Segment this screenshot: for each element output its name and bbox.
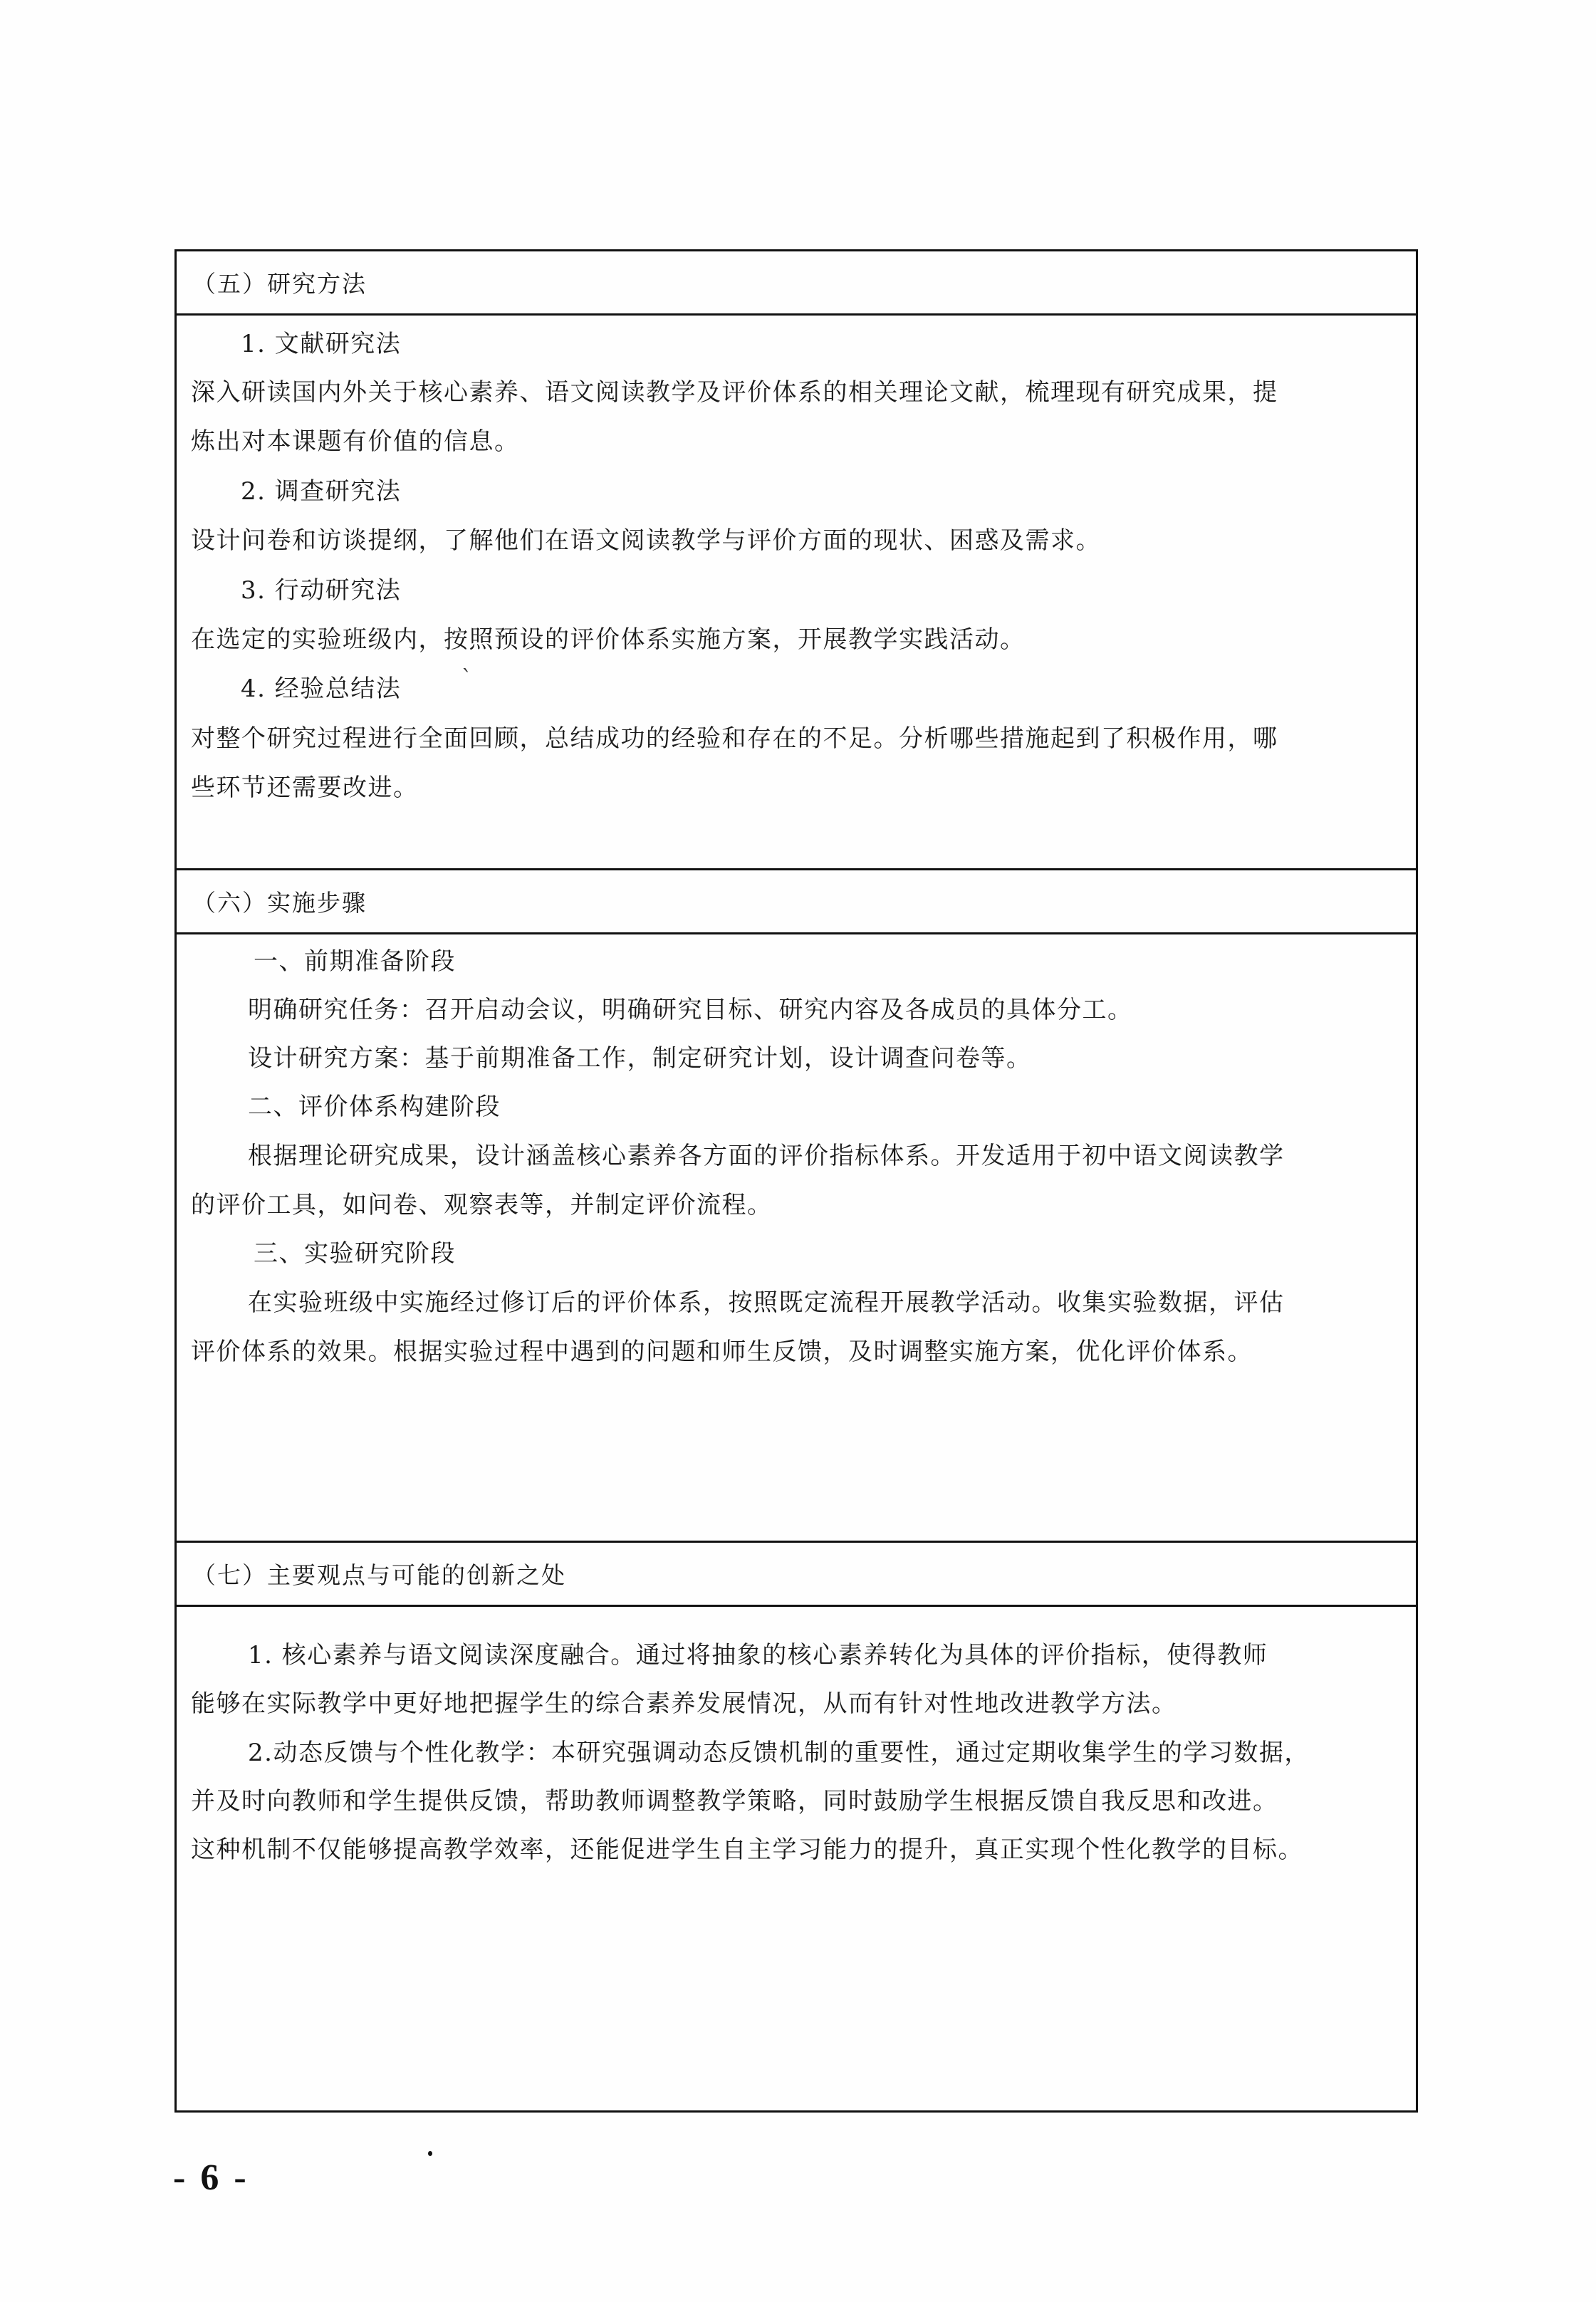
body-line: 的评价工具，如问卷、观察表等，并制定评价流程。 xyxy=(191,1191,1413,1219)
body-line: 设计问卷和访谈提纲，了解他们在语文阅读教学与评价方面的现状、困惑及需求。 xyxy=(191,526,1413,555)
stage-heading-experiment: 三、实验研究阶段 xyxy=(254,1239,1413,1268)
body-line: 深入研读国内外关于核心素养、语文阅读教学及评价体系的相关理论文献，梳理现有研究成… xyxy=(191,378,1413,407)
body-line: 在实验班级中实施经过修订后的评价体系，按照既定流程开展教学活动。收集实验数据，评… xyxy=(248,1288,1413,1317)
method-heading-survey: 2. 调查研究法 xyxy=(241,477,1413,506)
stray-scan-dot xyxy=(428,2151,432,2156)
method-heading-literature: 1. 文献研究法 xyxy=(241,330,1413,358)
section-header-research-methods: （五）研究方法 xyxy=(177,251,1416,316)
body-line: 评价体系的效果。根据实验过程中遇到的问题和师生反馈，及时调整实施方案，优化评价体… xyxy=(191,1338,1413,1366)
body-line: 在选定的实验班级内，按照预设的评价体系实施方案，开展教学实践活动。 xyxy=(191,625,1413,654)
document-page: （五）研究方法 1. 文献研究法 深入研读国内外关于核心素养、语文阅读教学及评价… xyxy=(0,0,1596,2302)
section-title: （六）实施步骤 xyxy=(192,885,367,918)
section-body-implementation-steps: 一、前期准备阶段 明确研究任务：召开启动会议，明确研究目标、研究内容及各成员的具… xyxy=(177,934,1416,1543)
body-line: 这种机制不仅能够提高教学效率，还能促进学生自主学习能力的提升，真正实现个性化教学… xyxy=(191,1835,1413,1864)
stage-heading-preparation: 一、前期准备阶段 xyxy=(254,947,1413,976)
body-line: 能够在实际教学中更好地把握学生的综合素养发展情况，从而有针对性地改进教学方法。 xyxy=(191,1689,1413,1718)
method-heading-action: 3. 行动研究法 xyxy=(241,576,1413,605)
section-header-main-viewpoints: （七）主要观点与可能的创新之处 xyxy=(177,1543,1416,1607)
proposal-form-table: （五）研究方法 1. 文献研究法 深入研读国内外关于核心素养、语文阅读教学及评价… xyxy=(174,249,1418,2113)
section-header-implementation-steps: （六）实施步骤 xyxy=(177,870,1416,934)
page-number: - 6 - xyxy=(173,2157,249,2199)
method-heading-experience: 4. 经验总结法 xyxy=(241,675,1413,703)
stray-scan-mark: ˋ xyxy=(461,666,472,691)
body-line: 些环节还需要改进。 xyxy=(191,774,1413,802)
body-line: 设计研究方案：基于前期准备工作，制定研究计划，设计调查问卷等。 xyxy=(248,1044,1413,1073)
section-title: （七）主要观点与可能的创新之处 xyxy=(192,1557,566,1590)
body-line: 明确研究任务：召开启动会议，明确研究目标、研究内容及各成员的具体分工。 xyxy=(248,996,1413,1024)
viewpoint-1: 1. 核心素养与语文阅读深度融合。通过将抽象的核心素养转化为具体的评价指标，使得… xyxy=(248,1641,1413,1670)
section-body-main-viewpoints: 1. 核心素养与语文阅读深度融合。通过将抽象的核心素养转化为具体的评价指标，使得… xyxy=(177,1607,1416,2110)
viewpoint-2: 2.动态反馈与个性化教学：本研究强调动态反馈机制的重要性，通过定期收集学生的学习… xyxy=(248,1739,1413,1767)
section-title: （五）研究方法 xyxy=(192,266,367,299)
body-line: 炼出对本课题有价值的信息。 xyxy=(191,427,1413,456)
section-body-research-methods: 1. 文献研究法 深入研读国内外关于核心素养、语文阅读教学及评价体系的相关理论文… xyxy=(177,316,1416,870)
stage-heading-evaluation-system: 二、评价体系构建阶段 xyxy=(248,1093,1413,1121)
body-line: 并及时向教师和学生提供反馈，帮助教师调整教学策略，同时鼓励学生根据反馈自我反思和… xyxy=(191,1787,1413,1816)
body-line: 根据理论研究成果，设计涵盖核心素养各方面的评价指标体系。开发适用于初中语文阅读教… xyxy=(248,1142,1413,1170)
body-line: 对整个研究过程进行全面回顾，总结成功的经验和存在的不足。分析哪些措施起到了积极作… xyxy=(191,724,1413,753)
